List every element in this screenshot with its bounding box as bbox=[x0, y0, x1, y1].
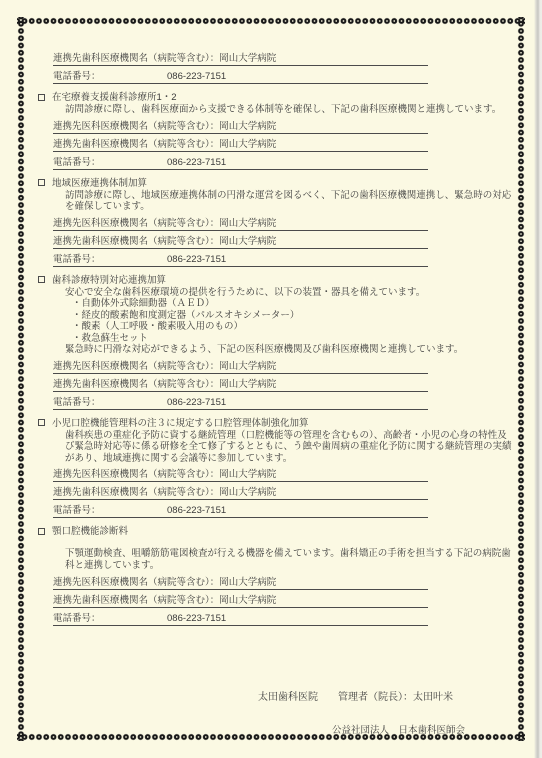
field-row-medical-org: 連携先医科医療機関名（病院等含む）：岡山大学病院 bbox=[53, 576, 428, 590]
field-row-medical-org: 連携先医科医療機関名（病院等含む）：岡山大学病院 bbox=[53, 468, 428, 482]
phone-value: 086-223-7151 bbox=[167, 255, 226, 265]
field-text: 連携先歯科医療機関名（病院等含む）：岡山大学病院 bbox=[53, 53, 276, 64]
field-text: 連携先歯科医療機関名（病院等含む）：岡山大学病院 bbox=[53, 487, 276, 498]
field-row-dental-org: 連携先歯科医療機関名（病院等含む）：岡山大学病院 bbox=[53, 486, 428, 500]
equipment-item: ・経皮的酸素飽和度測定器（パルスオキシメーター） bbox=[72, 310, 517, 321]
section-title-text: 地域医療連携体制加算 bbox=[52, 178, 147, 189]
field-row-dental-org: 連携先歯科医療機関名（病院等含む）：岡山大学病院 bbox=[53, 235, 428, 249]
field-row-dental-org: 連携先歯科医療機関名（病院等含む）：岡山大学病院 bbox=[53, 52, 428, 66]
section-description: 訪問診療に際し、歯科医療面から支援できる体制等を確保し、下記の歯科医療機関と連携… bbox=[65, 104, 512, 116]
field-text: 連携先歯科医療機関名（病院等含む）：岡山大学病院 bbox=[53, 236, 276, 247]
phone-value: 086-223-7151 bbox=[167, 158, 226, 168]
section-home-care-support: 在宅療養支援歯科診療所1・2 訪問診療に際し、歯科医療面から支援できる体制等を確… bbox=[25, 92, 517, 170]
checkbox-icon bbox=[38, 419, 45, 426]
field-row-medical-org: 連携先医科医療機関名（病院等含む）：岡山大学病院 bbox=[53, 360, 428, 374]
field-text: 連携先医科医療機関名（病院等含む）：岡山大学病院 bbox=[53, 218, 276, 229]
section-description: 訪問診療に際し、地域医療連携体制の円滑な運営を図るべく、下記の歯科医療機関連携し… bbox=[65, 190, 512, 213]
section-title: 顎口腔機能診断料 bbox=[38, 526, 517, 537]
checkbox-icon bbox=[38, 528, 45, 535]
section-description: 歯科疾患の重症化予防に資する継続管理（口腔機能等の管理を含むもの）、高齢者・小児… bbox=[65, 430, 512, 465]
phone-row: 電話番号： 086-223-7151 bbox=[53, 156, 428, 170]
document-body: 連携先歯科医療機関名（病院等含む）：岡山大学病院 電話番号： 086-223-7… bbox=[25, 0, 517, 741]
phone-row: 電話番号： 086-223-7151 bbox=[53, 612, 428, 626]
field-row-dental-org: 連携先歯科医療機関名（病院等含む）：岡山大学病院 bbox=[53, 138, 428, 152]
phone-value: 086-223-7151 bbox=[167, 398, 226, 408]
page-edge bbox=[534, 0, 542, 758]
field-row-dental-org: 連携先歯科医療機関名（病院等含む）：岡山大学病院 bbox=[53, 378, 428, 392]
section-pediatric-oral-management: 小児口腔機能管理料の注３に規定する口腔管理体制強化加算 歯科疾患の重症化予防に資… bbox=[25, 418, 517, 519]
field-row-medical-org: 連携先医科医療機関名（病院等含む）：岡山大学病院 bbox=[53, 217, 428, 231]
field-text: 連携先医科医療機関名（病院等含む）：岡山大学病院 bbox=[53, 577, 276, 588]
field-text: 連携先医科医療機関名（病院等含む）：岡山大学病院 bbox=[53, 361, 276, 372]
phone-row: 電話番号： 086-223-7151 bbox=[53, 253, 428, 267]
field-row-medical-org: 連携先医科医療機関名（病院等含む）：岡山大学病院 bbox=[53, 120, 428, 134]
section-title: 小児口腔機能管理料の注３に規定する口腔管理体制強化加算 bbox=[38, 418, 517, 429]
phone-row: 電話番号： 086-223-7151 bbox=[53, 504, 428, 518]
field-text: 連携先歯科医療機関名（病院等含む）：岡山大学病院 bbox=[53, 379, 276, 390]
section-regional-medical-cooperation: 地域医療連携体制加算 訪問診療に際し、地域医療連携体制の円滑な運営を図るべく、下… bbox=[25, 178, 517, 267]
phone-value: 086-223-7151 bbox=[167, 614, 226, 624]
equipment-item: ・酸素（人工呼吸・酸素吸入用のもの） bbox=[72, 321, 517, 332]
field-text: 連携先歯科医療機関名（病院等含む）：岡山大学病院 bbox=[53, 595, 276, 606]
equipment-item: ・自動体外式除細動器（ＡＥＤ） bbox=[72, 298, 517, 309]
field-text: 連携先歯科医療機関名（病院等含む）：岡山大学病院 bbox=[53, 139, 276, 150]
checkbox-icon bbox=[38, 276, 45, 283]
field-text: 連携先医科医療機関名（病院等含む）：岡山大学病院 bbox=[53, 469, 276, 480]
decorative-border-left bbox=[17, 17, 25, 741]
phone-value: 086-223-7151 bbox=[167, 506, 226, 516]
section-outro: 緊急時に円滑な対応ができるよう、下記の医科医療機関及び歯科医療機関と連携していま… bbox=[65, 344, 512, 356]
phone-label: 電話番号： bbox=[53, 157, 101, 168]
section-title: 在宅療養支援歯科診療所1・2 bbox=[38, 92, 517, 103]
section-title-text: 歯科診療特別対応連携加算 bbox=[52, 275, 166, 286]
section-description: 下顎運動検査、咀嚼筋筋電図検査が行える機器を備えています。歯科矯正の手術を担当す… bbox=[65, 548, 512, 571]
section-title-text: 小児口腔機能管理料の注３に規定する口腔管理体制強化加算 bbox=[52, 418, 309, 429]
phone-label: 電話番号： bbox=[53, 613, 101, 624]
section-title: 歯科診療特別対応連携加算 bbox=[38, 275, 517, 286]
clinic-signature: 太田歯科医院 管理者（院長）：太田叶米 bbox=[258, 688, 453, 703]
phone-label: 電話番号： bbox=[53, 397, 101, 408]
section-jaw-oral-function-diagnosis: 顎口腔機能診断料 下顎運動検査、咀嚼筋筋電図検査が行える機器を備えています。歯科… bbox=[25, 526, 517, 625]
phone-value: 086-223-7151 bbox=[167, 72, 226, 82]
phone-label: 電話番号： bbox=[53, 254, 101, 265]
checkbox-icon bbox=[38, 179, 45, 186]
field-text: 連携先医科医療機関名（病院等含む）：岡山大学病院 bbox=[53, 121, 276, 132]
section-special-response-cooperation: 歯科診療特別対応連携加算 安心で安全な歯科医療環境の提供を行うために、以下の装置… bbox=[25, 275, 517, 410]
section-title: 地域医療連携体制加算 bbox=[38, 178, 517, 189]
section-description: 安心で安全な歯科医療環境の提供を行うために、以下の装置・器具を備えています。 bbox=[65, 287, 512, 299]
decorative-border-right bbox=[517, 17, 525, 741]
association-name: 公益社団法人 日本歯科医師会 bbox=[332, 722, 465, 736]
section-title-text: 顎口腔機能診断料 bbox=[52, 526, 128, 537]
section-title-text: 在宅療養支援歯科診療所1・2 bbox=[52, 92, 177, 103]
equipment-item: ・救急蘇生セット bbox=[72, 333, 517, 344]
phone-row: 電話番号： 086-223-7151 bbox=[53, 396, 428, 410]
checkbox-icon bbox=[38, 94, 45, 101]
document-page: { "colors": { "page_background": "#fbf9e… bbox=[0, 0, 542, 758]
phone-label: 電話番号： bbox=[53, 505, 101, 516]
phone-label: 電話番号： bbox=[53, 71, 101, 82]
field-row-dental-org: 連携先歯科医療機関名（病院等含む）：岡山大学病院 bbox=[53, 594, 428, 608]
phone-row: 電話番号： 086-223-7151 bbox=[53, 70, 428, 84]
